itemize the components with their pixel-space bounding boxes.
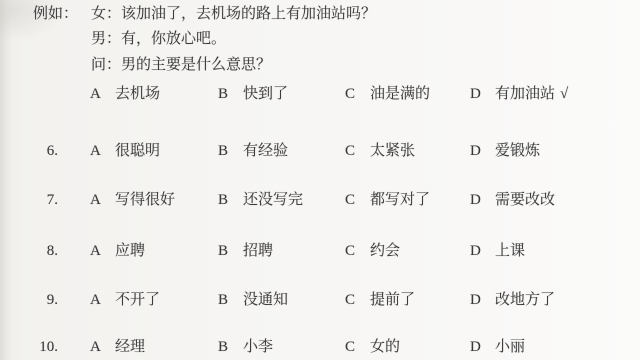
option-text: 招聘 <box>243 243 273 260</box>
option-text: 经理 <box>115 339 145 356</box>
option-text: 小李 <box>243 339 273 356</box>
question-number: 8. <box>26 243 58 260</box>
option-letter: C <box>345 292 355 309</box>
option-text: 有经验 <box>243 143 288 160</box>
question-number: 9. <box>26 292 58 309</box>
option-letter: C <box>345 192 355 209</box>
option-letter: B <box>218 292 228 309</box>
option-letter: D <box>470 243 481 260</box>
option-letter: A <box>90 86 101 103</box>
option-letter: B <box>218 192 228 209</box>
option-text: 都写对了 <box>370 192 430 209</box>
option-text: 写得很好 <box>115 192 175 209</box>
option-letter: A <box>90 192 101 209</box>
question-number: 6. <box>26 143 58 160</box>
example-label-text: 例如： <box>33 6 78 23</box>
option-letter: A <box>90 243 101 260</box>
option-letter: D <box>470 192 481 209</box>
question-row: 8. A 应聘 B 招聘 C 约会 D 上课 <box>0 243 640 261</box>
scanned-test-page: 例如： 女：该加油了，去机场的路上有加油站吗？ 男：有，你放心吧。 问：男的主要… <box>0 0 640 360</box>
option-letter: C <box>345 143 355 160</box>
question-number: 7. <box>26 192 58 209</box>
option-letter: B <box>218 86 228 103</box>
option-text: 去机场 <box>115 86 160 103</box>
option-text: 太紧张 <box>370 143 415 160</box>
option-letter: B <box>218 339 228 356</box>
option-letter: A <box>90 143 101 160</box>
option-text: 还没写完 <box>243 192 303 209</box>
option-text: 约会 <box>370 243 400 260</box>
option-text: 提前了 <box>370 292 415 309</box>
dialog-line-man: 男：有，你放心吧。 <box>91 31 226 48</box>
question-number: 10. <box>26 339 58 356</box>
dialog-line-woman: 女：该加油了，去机场的路上有加油站吗？ <box>91 6 376 23</box>
option-letter: C <box>345 86 355 103</box>
example-options-row: A 去机场 B 快到了 C 油是满的 D 有加油站 √ <box>0 86 640 104</box>
option-letter: C <box>345 243 355 260</box>
option-text: 没通知 <box>243 292 288 309</box>
option-letter: D <box>470 143 481 160</box>
question-row: 7. A 写得很好 B 还没写完 C 都写对了 D 需要改改 <box>0 192 640 210</box>
option-letter: D <box>470 339 481 356</box>
option-letter: C <box>345 339 355 356</box>
option-text: 不开了 <box>115 292 160 309</box>
option-text: 改地方了 <box>495 292 555 309</box>
option-text: 上课 <box>495 243 525 260</box>
checkmark-icon: √ <box>560 86 568 103</box>
option-text: 很聪明 <box>115 143 160 160</box>
option-letter: A <box>90 292 101 309</box>
question-row: 9. A 不开了 B 没通知 C 提前了 D 改地方了 <box>0 292 640 310</box>
dialog-line-question: 问：男的主要是什么意思？ <box>91 57 271 74</box>
option-letter: B <box>218 243 228 260</box>
option-letter: D <box>470 86 481 103</box>
option-text: 爱锻炼 <box>495 143 540 160</box>
option-letter: A <box>90 339 101 356</box>
option-text: 需要改改 <box>495 192 555 209</box>
question-row: 10. A 经理 B 小李 C 女的 D 小丽 <box>0 339 640 357</box>
question-row: 6. A 很聪明 B 有经验 C 太紧张 D 爱锻炼 <box>0 143 640 161</box>
option-text: 有加油站 <box>495 86 555 103</box>
option-text: 应聘 <box>115 243 145 260</box>
option-text: 小丽 <box>495 339 525 356</box>
option-text: 快到了 <box>243 86 288 103</box>
option-text: 女的 <box>370 339 400 356</box>
option-letter: B <box>218 143 228 160</box>
option-letter: D <box>470 292 481 309</box>
option-text: 油是满的 <box>370 86 430 103</box>
